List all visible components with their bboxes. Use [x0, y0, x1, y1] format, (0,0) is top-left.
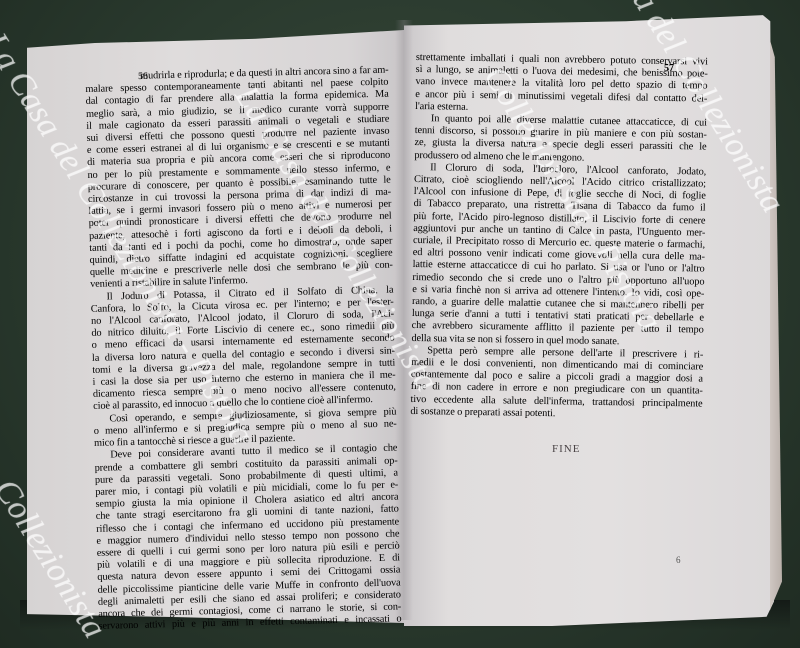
signature-mark: 6	[676, 555, 681, 565]
left-paragraph-4: Deve poi considerare avanti tutto il med…	[94, 443, 401, 633]
left-paragraph-1: mudrirla e riprodurla; e da questi in al…	[85, 65, 393, 292]
right-paragraph-4: Spetta però sempre alle persone dell'art…	[410, 345, 703, 423]
left-page-text: mudrirla e riprodurla; e da questi in al…	[85, 65, 402, 634]
page-stack-edge	[770, 40, 782, 610]
right-page-text: strettamente imballati i quali non avreb…	[410, 52, 708, 423]
right-paragraph-1: strettamente imballati i quali non avreb…	[415, 52, 708, 118]
end-marker: FINE	[552, 443, 580, 455]
right-paragraph-3: Il Cloruro di soda, l'Idrocloro, l'Alcoo…	[411, 162, 706, 350]
right-paragraph-2: In quanto poi alle diverse malattie cuta…	[414, 113, 707, 166]
left-paragraph-2: Il Joduro di Potassa, il Citrato ed il S…	[90, 284, 396, 413]
